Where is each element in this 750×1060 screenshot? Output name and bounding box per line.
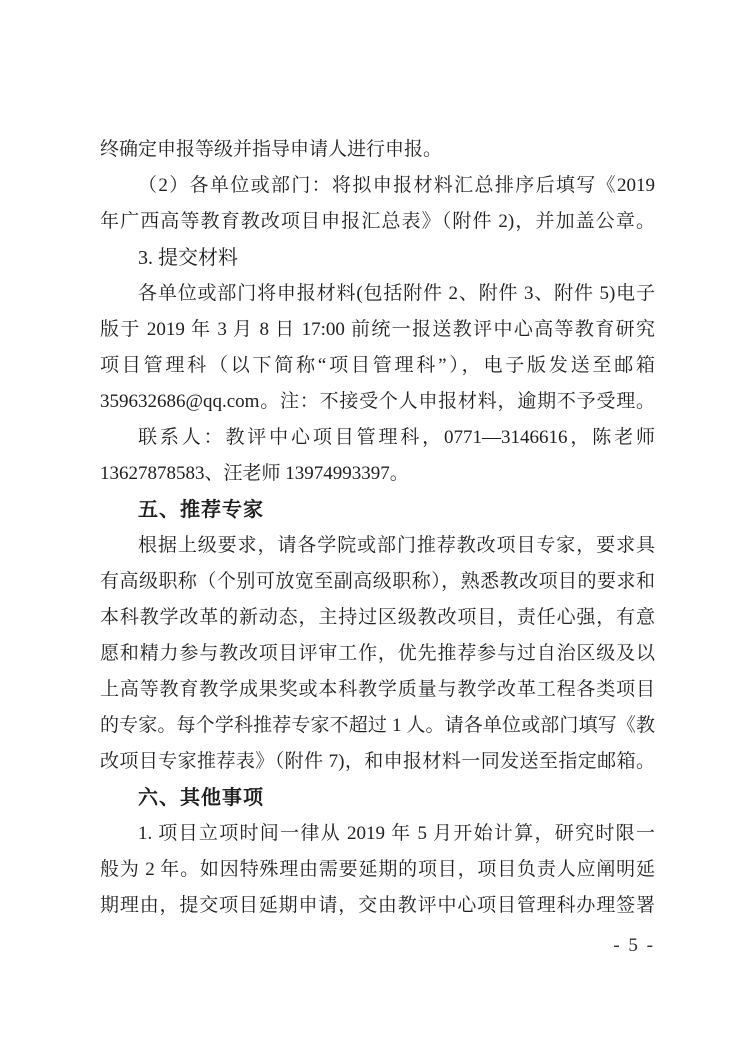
text-line: （2）各单位或部门：将拟申报材料汇总排序后填写《2019 — [100, 168, 655, 204]
text-line: 有高级职称（个别可放宽至副高级职称），熟悉教改项目的要求和 — [100, 564, 655, 600]
subsection-heading: 3. 提交材料 — [100, 240, 655, 276]
document-page: 终确定申报等级并指导申请人进行申报。（2）各单位或部门：将拟申报材料汇总排序后填… — [0, 0, 750, 1060]
text-line: 13627878583、汪老师 13974993397。 — [100, 456, 655, 492]
section-heading: 五、推荐专家 — [100, 492, 655, 528]
text-line: 改项目专家推荐表》（附件 7)，和申报材料一同发送至指定邮箱。 — [100, 744, 655, 780]
text-line: 项目管理科（以下简称“项目管理科”），电子版发送至邮箱 — [100, 348, 655, 384]
text-line: 般为 2 年。如因特殊理由需要延期的项目，项目负责人应阐明延 — [100, 852, 655, 888]
text-line: 359632686@qq.com。注：不接受个人申报材料，逾期不予受理。 — [100, 384, 655, 420]
text-line: 根据上级要求，请各学院或部门推荐教改项目专家，要求具 — [100, 528, 655, 564]
text-line: 本科教学改革的新动态，主持过区级教改项目，责任心强，有意 — [100, 600, 655, 636]
text-line: 愿和精力参与教改项目评审工作，优先推荐参与过自治区级及以 — [100, 636, 655, 672]
text-line: 各单位或部门将申报材料(包括附件 2、附件 3、附件 5)电子 — [100, 276, 655, 312]
section-heading: 六、其他事项 — [100, 780, 655, 816]
text-line: 期理由，提交项目延期申请，交由教评中心项目管理科办理签署 — [100, 888, 655, 924]
text-line: 版于 2019 年 3 月 8 日 17:00 前统一报送教评中心高等教育研究 — [100, 312, 655, 348]
text-line: 的专家。每个学科推荐专家不超过 1 人。请各单位或部门填写《教 — [100, 708, 655, 744]
text-line: 上高等教育教学成果奖或本科教学质量与教学改革工程各类项目 — [100, 672, 655, 708]
text-line: 联系人：教评中心项目管理科，0771—3146616，陈老师 — [100, 420, 655, 456]
text-line: 1. 项目立项时间一律从 2019 年 5 月开始计算，研究时限一 — [100, 816, 655, 852]
document-content: 终确定申报等级并指导申请人进行申报。（2）各单位或部门：将拟申报材料汇总排序后填… — [100, 132, 655, 924]
text-line: 终确定申报等级并指导申请人进行申报。 — [100, 132, 655, 168]
page-number: - 5 - — [613, 933, 655, 959]
text-line: 年广西高等教育教改项目申报汇总表》（附件 2)，并加盖公章。 — [100, 204, 655, 240]
